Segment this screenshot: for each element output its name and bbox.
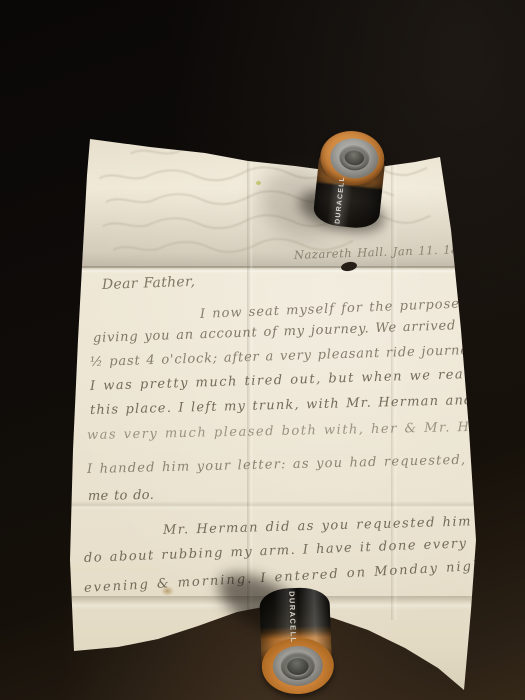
battery-bottom-positive-terminal <box>261 637 335 695</box>
letter-line: giving you an account of my journey. We … <box>93 316 525 345</box>
letter-line: me to do. <box>88 489 154 503</box>
letter-line: ½ past 4 o'clock; after a very pleasant … <box>90 344 477 369</box>
battery-bottom: DURACELL <box>256 587 338 698</box>
letter-line: do about rubbing my arm. I have it done … <box>84 537 468 565</box>
speck <box>256 181 261 185</box>
fold-crease-horizontal <box>0 266 525 273</box>
strikethrough-word: here <box>508 365 525 381</box>
battery-brand-label: DURACELL <box>287 591 297 633</box>
ink-blot <box>340 261 357 273</box>
letter-line: this place. I left my trunk, with Mr. He… <box>90 394 474 417</box>
fold-crease-horizontal <box>0 501 525 510</box>
letter-line: I now seat myself for the purpose of <box>200 297 481 321</box>
letter-line: Mr. Herman did as you requested him to <box>163 515 495 537</box>
battery-top: DURACELL <box>311 128 389 233</box>
letter-line: was very much pleased both with, her & M… <box>87 421 490 442</box>
photo-background: Nazareth Hall. Jan 11. 1842 Dear Father,… <box>0 0 525 700</box>
letter-line: I was pretty much tired out, but when we… <box>90 366 525 393</box>
letter-line: I handed him your letter: as you had req… <box>87 454 467 476</box>
battery-brand-label: DURACELL <box>334 188 345 225</box>
letter-dateline: Nazareth Hall. Jan 11. 1842 <box>294 244 475 262</box>
stain <box>161 586 174 596</box>
letter-line-text: I was pretty much tired out, but when we… <box>90 366 509 394</box>
letter-salutation: Dear Father, <box>102 275 196 292</box>
